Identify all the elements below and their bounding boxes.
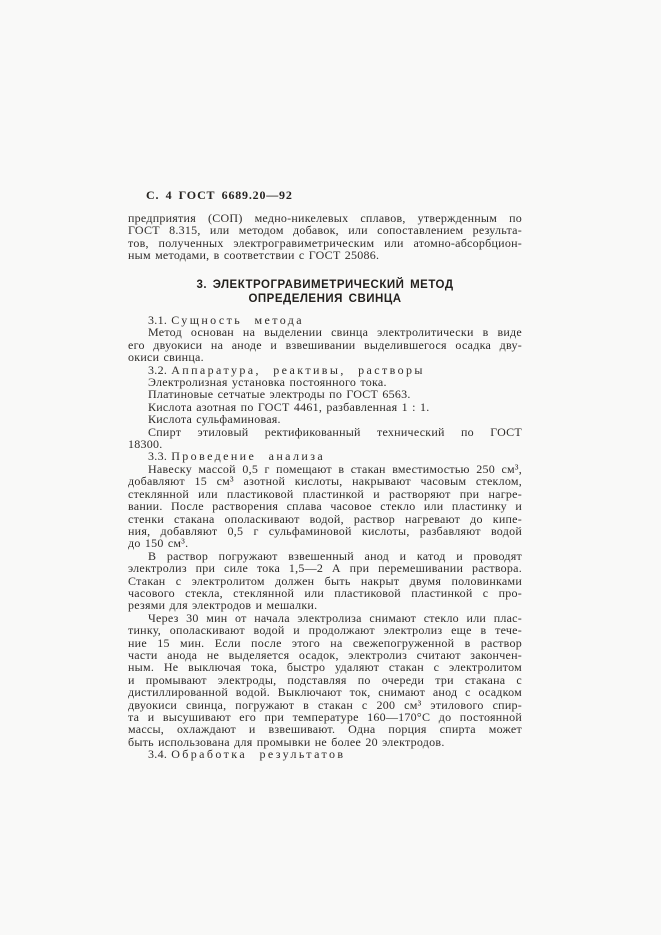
text-line: электролиз при силе тока 1,5—2 А при пер… xyxy=(128,562,522,574)
subsection-title: Обработка результатов xyxy=(171,747,345,761)
page-header: С. 4 ГОСТ 6689.20—92 xyxy=(146,188,293,203)
text-line: добавляют 15 см³ азотной кислоты, накрыв… xyxy=(128,475,522,487)
section-heading-line-2: ОПРЕДЕЛЕНИЯ СВИНЦА xyxy=(128,293,522,307)
text-line: Кислота сульфаминовая. xyxy=(128,413,522,425)
document-page: С. 4 ГОСТ 6689.20—92 предприятия (СОП) м… xyxy=(0,0,661,935)
text-line: дистиллированной водой. Выключают ток, с… xyxy=(128,686,522,698)
subsection-heading-3-4: 3.4.Обработка результатов xyxy=(128,748,522,760)
intro-paragraph: предприятия (СОП) медно-никелевых сплаво… xyxy=(128,212,522,261)
text-line: Метод основан на выделении свинца электр… xyxy=(128,326,522,338)
text-line: ным. Не выключая тока, быстро удаляют ст… xyxy=(128,661,522,673)
subsection-heading-3-3: 3.3.Проведение анализа xyxy=(128,450,522,462)
section-heading-line-1: 3. ЭЛЕКТРОГРАВИМЕТРИЧЕСКИЙ МЕТОД xyxy=(128,279,522,293)
section-heading: 3. ЭЛЕКТРОГРАВИМЕТРИЧЕСКИЙ МЕТОД ОПРЕДЕЛ… xyxy=(128,279,522,307)
text-line: резями для электродов и мешалки. xyxy=(128,599,522,611)
text-line: ГОСТ 8.315, или методом добавок, или соп… xyxy=(128,224,522,236)
subsection-number: 3.4. xyxy=(148,747,167,761)
text-line: до 150 см³. xyxy=(128,537,522,549)
text-line: вании. После растворения сплава часовое … xyxy=(128,500,522,512)
text-line: ным методами, в соответствии с ГОСТ 2508… xyxy=(128,249,522,261)
text-line: Спирт этиловый ректификованный техническ… xyxy=(128,426,522,438)
document-body: 3.1.Сущность метода Метод основан на выд… xyxy=(128,314,522,761)
text-line: тинку, ополаскивают водой и продолжают э… xyxy=(128,624,522,636)
text-line: Платиновые сетчатые электроды по ГОСТ 65… xyxy=(128,388,522,400)
text-line: массы, охлаждают и взвешивают. Одна порц… xyxy=(128,723,522,735)
